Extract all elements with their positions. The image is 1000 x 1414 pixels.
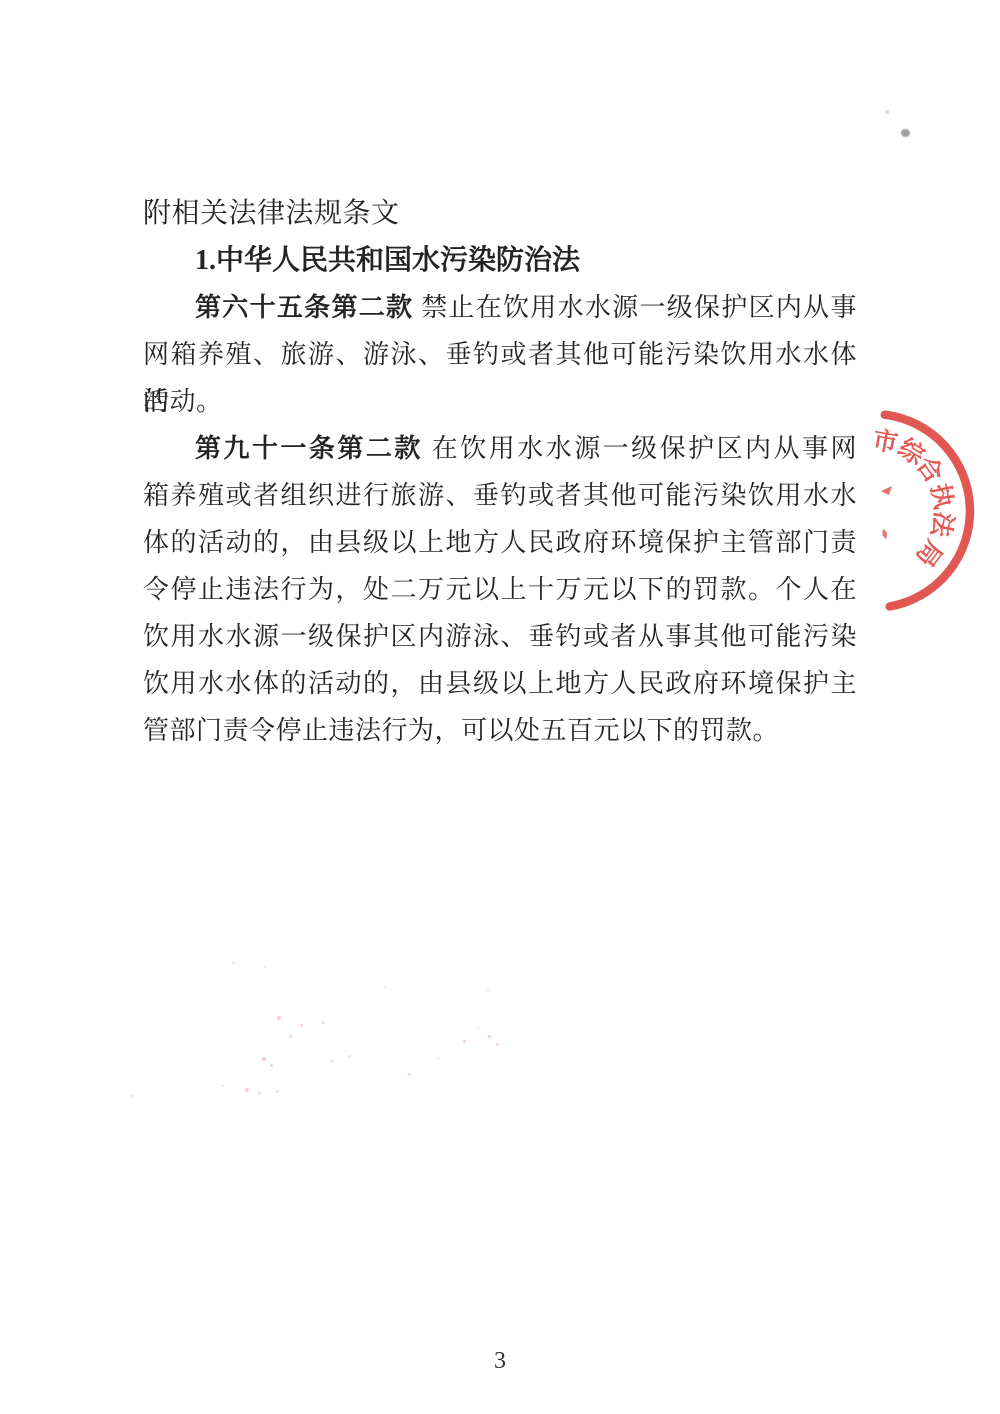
text-line: 箱养殖或者组织进行旅游、垂钓或者其他可能污染饮用水水 — [143, 472, 857, 519]
ink-speckle — [289, 1035, 292, 1038]
ink-speckle — [384, 986, 386, 988]
ink-speckle — [487, 990, 489, 992]
text-line: 饮用水水源一级保护区内游泳、垂钓或者从事其他可能污染 — [143, 613, 857, 660]
text-line: 管部门责令停止违法行为，可以处五百元以下的罚款。 — [143, 707, 857, 754]
stamp-character: 执 — [925, 481, 958, 511]
ink-speckle — [488, 1035, 491, 1038]
clause-lead: 第九十一条第二款 — [195, 434, 423, 463]
text-line: 饮用水水体的活动的，由县级以上地方人民政府环境保护主 — [143, 660, 857, 707]
ink-speckle — [463, 1040, 466, 1043]
clause-lead: 第六十五条第二款 — [195, 293, 413, 322]
stamp-character: 局 — [910, 535, 947, 572]
stamp-text-arc: 市综合执法局 — [870, 426, 957, 571]
stamp-star-fragment-1 — [881, 486, 892, 495]
paragraph: 第九十一条第二款 在饮用水水源一级保护区内从事网箱养殖或者组织进行旅游、垂钓或者… — [143, 425, 857, 754]
stamp-character: 合 — [911, 451, 949, 488]
stamp-character: 综 — [893, 433, 931, 471]
ink-speckle — [322, 1021, 325, 1024]
text-line: 网箱养殖、旅游、游泳、垂钓或者其他可能污染饮用水水体的 — [143, 331, 857, 378]
scanned-document-page: 附相关法律法规条文 1.中华人民共和国水污染防治法 第六十五条第二款 禁止在饮用… — [0, 0, 1000, 1414]
stamp-character: 法 — [925, 509, 957, 540]
text-line: 第六十五条第二款 禁止在饮用水水源一级保护区内从事 — [143, 284, 857, 331]
ink-speckle — [262, 1057, 266, 1061]
ink-speckle — [276, 1090, 279, 1093]
document-heading: 附相关法律法规条文 — [143, 190, 857, 237]
page-number: 3 — [0, 1348, 1000, 1375]
ink-speckle — [264, 966, 266, 968]
scan-artifact-dot-small — [885, 110, 889, 114]
paragraph: 第六十五条第二款 禁止在饮用水水源一级保护区内从事网箱养殖、旅游、游泳、垂钓或者… — [143, 284, 857, 425]
ink-speckle — [232, 961, 235, 964]
ink-speckle — [330, 1060, 333, 1063]
ink-speckle — [277, 1016, 281, 1020]
ink-speckle — [496, 1043, 499, 1046]
text-line: 体的活动的，由县级以上地方人民政府环境保护主管部门责 — [143, 519, 857, 566]
ink-speckle — [477, 1027, 479, 1029]
paragraphs: 第六十五条第二款 禁止在饮用水水源一级保护区内从事网箱养殖、旅游、游泳、垂钓或者… — [143, 284, 857, 754]
ink-speckle — [270, 1064, 273, 1067]
text-line: 活动。 — [143, 378, 857, 425]
stamp-star-fragment-2 — [882, 529, 887, 539]
ink-speckle — [348, 1055, 351, 1058]
text-line: 令停止违法行为，处二万元以上十万元以下的罚款。个人在 — [143, 566, 857, 613]
document-body: 附相关法律法规条文 1.中华人民共和国水污染防治法 第六十五条第二款 禁止在饮用… — [143, 190, 857, 754]
stamp-border-arc — [885, 415, 970, 607]
ink-speckle — [130, 1095, 133, 1098]
stamp-character: 市 — [870, 426, 899, 458]
ink-speckle — [222, 1085, 224, 1087]
ink-speckle — [258, 1092, 261, 1095]
ink-speckle — [437, 1057, 439, 1059]
ink-speckle — [408, 1073, 411, 1076]
ink-speckle — [300, 1024, 303, 1027]
ink-speckle — [245, 1088, 249, 1092]
law-title: 1.中华人民共和国水污染防治法 — [143, 237, 857, 284]
text-line: 第九十一条第二款 在饮用水水源一级保护区内从事网 — [143, 425, 857, 472]
scan-artifact-dot — [901, 129, 910, 137]
